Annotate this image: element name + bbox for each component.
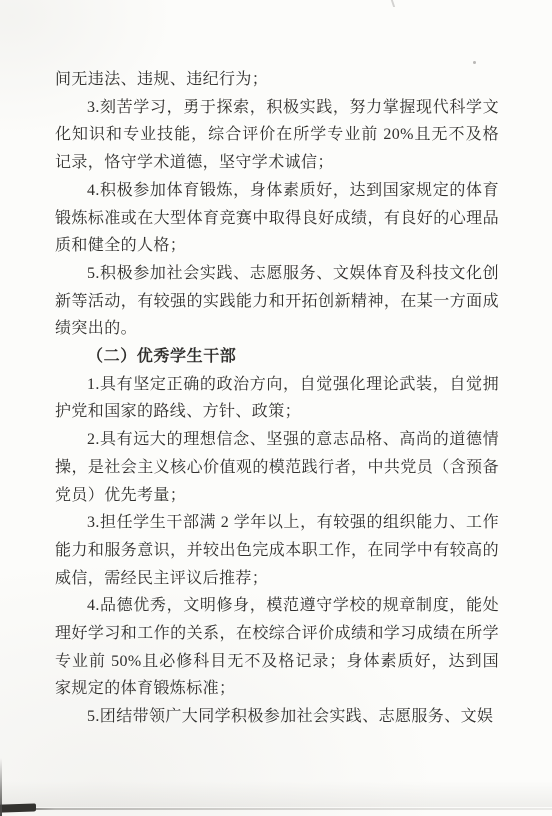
scan-speck bbox=[473, 61, 476, 64]
list-item-truncated: 5.团结带领广大同学积极参加社会实践、志愿服务、文娱 bbox=[55, 703, 499, 731]
document-body: 间无违法、违规、违纪行为； 3.刻苦学习，勇于探索，积极实践，努力掌握现代科学文… bbox=[55, 66, 499, 731]
list-item: 5.积极参加社会实践、志愿服务、文娱体育及科技文化创新等活动，有较强的实践能力和… bbox=[55, 260, 499, 343]
section-heading: （二）优秀学生干部 bbox=[55, 343, 499, 371]
list-item: 2.具有远大的理想信念、坚强的意志品格、高尚的道德情操，是社会主义核心价值观的模… bbox=[55, 426, 499, 509]
scan-page-edge-line bbox=[0, 808, 552, 810]
paragraph-continuation: 间无违法、违规、违纪行为； bbox=[55, 66, 499, 94]
scan-left-edge-shadow bbox=[0, 758, 2, 816]
list-item: 3.担任学生干部满 2 学年以上，有较强的组织能力、工作能力和服务意识，并较出色… bbox=[55, 509, 499, 592]
list-item: 1.具有坚定正确的政治方向，自觉强化理论武装，自觉拥护党和国家的路线、方针、政策… bbox=[55, 371, 499, 426]
list-item: 4.积极参加体育锻炼，身体素质好，达到国家规定的体育锻炼标准或在大型体育竞赛中取… bbox=[55, 177, 499, 260]
list-item: 3.刻苦学习，勇于探索，积极实践，努力掌握现代科学文化知识和专业技能，综合评价在… bbox=[55, 94, 499, 177]
scan-top-mark bbox=[391, 0, 395, 7]
list-item: 4.品德优秀，文明修身，模范遵守学校的规章制度，能处理好学习和工作的关系，在校综… bbox=[55, 592, 499, 703]
scan-bottom-shading bbox=[0, 781, 552, 807]
scan-corner-shadow bbox=[0, 803, 36, 812]
scanned-page: 间无违法、违规、违纪行为； 3.刻苦学习，勇于探索，积极实践，努力掌握现代科学文… bbox=[0, 0, 552, 816]
